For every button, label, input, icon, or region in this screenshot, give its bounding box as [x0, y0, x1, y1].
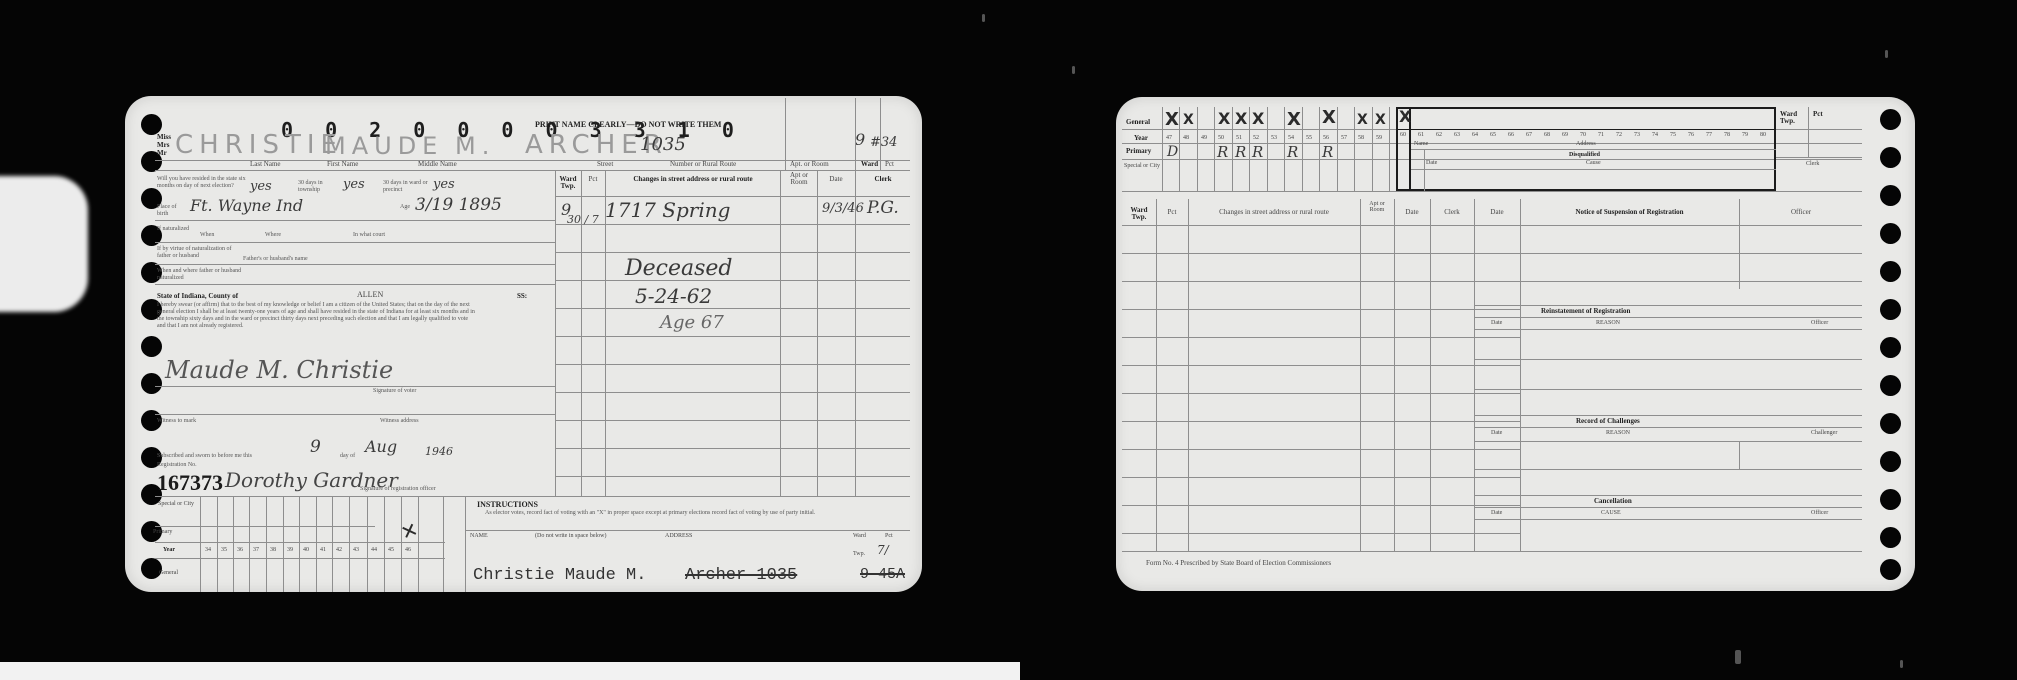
- history-label-general: General: [1126, 119, 1150, 126]
- primary-mark: D: [1167, 145, 1178, 159]
- typed-name: Christie Maude M.: [473, 566, 646, 585]
- witness-label: Witness to mark: [157, 418, 196, 425]
- rule: [1214, 107, 1215, 191]
- year-cell: 51: [1236, 135, 1242, 141]
- punch-hole: [1880, 559, 1901, 580]
- ward-value: 9: [855, 132, 865, 148]
- changes-row-date: 9/3/46: [822, 202, 864, 215]
- middle-initial-value: M.: [455, 134, 495, 158]
- rule: [555, 420, 910, 421]
- rule: [1122, 281, 1862, 282]
- rule: [555, 308, 910, 309]
- year-cell: 34: [205, 547, 211, 553]
- middle-name-label: Middle Name: [418, 161, 457, 168]
- rule: [155, 526, 375, 527]
- rule: [1474, 519, 1862, 520]
- year-cell: 63: [1454, 132, 1460, 138]
- rule: [555, 224, 910, 225]
- suspension-header-date: Date: [1476, 209, 1518, 216]
- rule: [155, 496, 910, 497]
- year-cell: 78: [1724, 132, 1730, 138]
- rule: [1739, 441, 1740, 469]
- rule: [233, 496, 234, 592]
- rule: [332, 496, 333, 592]
- year-cell: 43: [353, 547, 359, 553]
- residence-answer-township: yes: [343, 178, 365, 191]
- primary-mark: R: [1252, 145, 1263, 160]
- ss-label: SS:: [517, 293, 527, 300]
- rule: [1122, 337, 1520, 338]
- year-cell: 38: [270, 547, 276, 553]
- back-changes-header-pct: Pct: [1158, 209, 1186, 216]
- court-label: In what court: [353, 232, 385, 239]
- cancellation-date-label: Date: [1491, 510, 1502, 516]
- rule: [1179, 107, 1180, 191]
- rule: [1197, 107, 1198, 191]
- rule: [1739, 199, 1740, 289]
- rule: [384, 496, 385, 592]
- when-label: When: [200, 232, 214, 239]
- rule: [1360, 199, 1361, 551]
- father-naturalization-label: If by virtue of naturalization of father…: [157, 246, 237, 260]
- back-changes-header-address: Changes in street address or rural route: [1190, 209, 1358, 216]
- back-changes-header-clerk: Clerk: [1432, 209, 1472, 216]
- punch-hole: [1880, 413, 1901, 434]
- changes-header-pct: Pct: [583, 176, 603, 183]
- rule: [155, 220, 555, 221]
- rule: [1122, 253, 1862, 254]
- rule: [785, 98, 786, 170]
- last-name-value: CHRISTIE: [175, 132, 343, 158]
- day-of-label: day of: [340, 453, 355, 460]
- residence-answer-state: yes: [250, 180, 272, 193]
- first-name-label: First Name: [327, 161, 358, 168]
- primary-mark: R: [1322, 145, 1333, 160]
- rule: [1162, 107, 1163, 191]
- residence-question-state: Will you have resided in the state six m…: [157, 176, 247, 190]
- rule: [465, 530, 910, 531]
- voter-signature: Maude M. Christie: [165, 358, 393, 382]
- punch-hole: [1880, 451, 1901, 472]
- rule: [249, 496, 250, 592]
- film-speck: [982, 14, 985, 22]
- rule: [1396, 129, 1776, 130]
- registration-card-front: 0 0 2 0 0 0 0 3 3 1 0 PRINT NAME CLEARLY…: [125, 96, 922, 592]
- rule: [266, 496, 267, 592]
- residence-question-township: 30 days in township: [298, 180, 338, 194]
- vote-mark-x: X: [1322, 109, 1336, 127]
- registration-number: 167373: [157, 470, 223, 496]
- disqualified-date-label: Date: [1426, 160, 1437, 166]
- year-cell: 39: [287, 547, 293, 553]
- rule: [1122, 393, 1520, 394]
- typed-address: Archer 1035: [685, 566, 797, 585]
- rule: [880, 98, 881, 170]
- rule: [555, 448, 910, 449]
- vote-mark-x: X: [1252, 111, 1264, 127]
- changes-row-clerk: P.G.: [867, 200, 899, 217]
- rule: [155, 242, 555, 243]
- instructions-do-not-write: (Do not write in space below): [535, 533, 606, 539]
- pct-label: Pct: [885, 161, 894, 168]
- place-of-birth-value: Ft. Wayne Ind: [190, 198, 303, 214]
- year-cell: 65: [1490, 132, 1496, 138]
- rule: [855, 98, 856, 170]
- rule: [1411, 169, 1776, 170]
- registration-no-label: Registration No.: [157, 462, 197, 469]
- punch-hole: [141, 336, 162, 357]
- rule: [1337, 107, 1338, 191]
- rule: [155, 414, 555, 415]
- punch-hole: [1880, 375, 1901, 396]
- changes-header-address: Changes in street address or rural route: [607, 176, 779, 183]
- reinstatement-officer-label: Officer: [1811, 320, 1828, 326]
- ward-label: Ward: [861, 161, 878, 168]
- changes-header-clerk: Clerk: [857, 176, 909, 183]
- officer-signature-label: Signature of registration officer: [360, 486, 436, 493]
- rule: [1474, 329, 1862, 330]
- rule: [1411, 149, 1776, 150]
- year-cell: 42: [336, 547, 342, 553]
- year-cell: 64: [1472, 132, 1478, 138]
- rule: [1430, 199, 1431, 551]
- rule: [1122, 551, 1862, 552]
- place-of-birth-label: Place of birth: [157, 204, 187, 218]
- rule: [1122, 225, 1862, 226]
- vote-mark-x: X: [1357, 113, 1368, 127]
- rule: [283, 496, 284, 592]
- boxed-name-label: Name: [1414, 141, 1428, 147]
- year-cell: 54: [1288, 135, 1294, 141]
- challenges-reason-label: REASON: [1606, 430, 1630, 436]
- sworn-month-value: Aug: [365, 439, 397, 455]
- history-label-special: Special or City: [1124, 163, 1160, 169]
- back-changes-header-ward: Ward Twp.: [1124, 207, 1154, 221]
- punch-hole: [1880, 261, 1901, 282]
- rule: [1474, 415, 1862, 416]
- rule: [1520, 199, 1521, 551]
- disqualified-label: Disqualified: [1569, 152, 1600, 158]
- back-pct-label: Pct: [1813, 111, 1823, 118]
- oath-text: I hereby swear (or affirm) that to the b…: [157, 302, 475, 330]
- deceased-note: Deceased: [625, 258, 733, 280]
- back-ward-label: Ward Twp.: [1780, 111, 1804, 125]
- changes-header-apt: Apt or Room: [782, 172, 816, 186]
- challenges-date-label: Date: [1491, 430, 1502, 436]
- rule: [155, 386, 555, 387]
- instructions-pct-label: Pct: [885, 533, 893, 539]
- punch-hole: [1880, 109, 1901, 130]
- rule: [1284, 107, 1285, 191]
- cancellation-cause-label: CAUSE: [1601, 510, 1621, 516]
- rule: [1122, 309, 1520, 310]
- rule: [1474, 441, 1862, 442]
- vote-mark-x: X: [1218, 111, 1230, 127]
- film-edge-stripe: [0, 662, 1020, 680]
- rule: [1122, 421, 1520, 422]
- year-cell: 61: [1418, 132, 1424, 138]
- title-mr: Mr: [157, 150, 167, 157]
- primary-mark: R: [1287, 145, 1298, 160]
- year-cell: 74: [1652, 132, 1658, 138]
- challenges-title: Record of Challenges: [1576, 418, 1640, 425]
- back-changes-header-date: Date: [1396, 209, 1428, 216]
- age-value: 3/19 1895: [415, 197, 502, 214]
- sworn-day-value: 9: [310, 439, 321, 456]
- year-cell: 53: [1271, 135, 1277, 141]
- rule: [1122, 477, 1520, 478]
- vote-mark-x: X: [1183, 113, 1194, 127]
- rule: [1267, 107, 1268, 191]
- rule: [1249, 107, 1250, 191]
- rule: [299, 496, 300, 592]
- rule: [1122, 365, 1520, 366]
- rule: [1372, 107, 1373, 191]
- vote-mark-x: X: [1399, 109, 1411, 125]
- rule: [1474, 199, 1475, 551]
- rule: [316, 496, 317, 592]
- year-cell: 77: [1706, 132, 1712, 138]
- rule: [155, 264, 555, 265]
- instructions-address-label: ADDRESS: [665, 533, 692, 539]
- year-cell: 45: [388, 547, 394, 553]
- rule: [1122, 505, 1520, 506]
- reinstatement-date-label: Date: [1491, 320, 1502, 326]
- rule: [155, 284, 555, 285]
- year-cell: 55: [1306, 135, 1312, 141]
- header-notice: PRINT NAME CLEARLY—DO NOT WRITE THEM: [535, 121, 721, 129]
- rule: [1354, 107, 1355, 191]
- rule: [1188, 199, 1189, 551]
- county-value: ALLEN: [357, 291, 383, 299]
- naturalized-label: If naturalized: [157, 226, 189, 233]
- grid-label-primary: Primary: [153, 529, 172, 535]
- year-cell: 37: [253, 547, 259, 553]
- film-speck: [1885, 50, 1888, 58]
- rule: [217, 496, 218, 592]
- state-county-label: State of Indiana, County of: [157, 293, 238, 300]
- rule: [1122, 449, 1520, 450]
- year-cell: 35: [221, 547, 227, 553]
- punch-hole: [1880, 223, 1901, 244]
- rule: [555, 252, 910, 253]
- residence-answer-precinct: yes: [433, 178, 455, 191]
- rule: [1474, 317, 1862, 318]
- grid-label-year: Year: [163, 547, 175, 553]
- rule: [1474, 469, 1862, 470]
- year-cell: 52: [1253, 135, 1259, 141]
- sworn-year-value: 1946: [425, 446, 453, 457]
- rule: [1232, 107, 1233, 191]
- house-number-value: 1035: [640, 136, 686, 154]
- vote-mark-x: X: [1165, 111, 1179, 129]
- history-label-year: Year: [1134, 135, 1148, 142]
- father-naturalized-when-label: When and where father or husband natural…: [157, 268, 247, 282]
- deceased-date: 5-24-62: [635, 286, 712, 306]
- back-clerk-label: Clerk: [1806, 161, 1819, 167]
- punch-hole: [1880, 527, 1901, 548]
- grid-label-special: Special or City: [153, 501, 199, 507]
- year-cell: 58: [1358, 135, 1364, 141]
- cancellation-officer-label: Officer: [1811, 510, 1828, 516]
- residence-question-precinct: 30 days in ward or precinct: [383, 180, 431, 194]
- instructions-title: INSTRUCTIONS: [477, 501, 538, 509]
- rule: [1302, 107, 1303, 191]
- punch-hole: [141, 114, 162, 135]
- punch-hole: [1880, 185, 1901, 206]
- age-label: Age: [400, 204, 410, 211]
- rule: [1394, 199, 1395, 551]
- rule: [1808, 107, 1809, 157]
- instructions-twp-value: 7/: [877, 544, 889, 556]
- year-cell: 67: [1526, 132, 1532, 138]
- where-label: Where: [265, 232, 281, 239]
- suspension-header-notice: Notice of Suspension of Registration: [1522, 209, 1737, 216]
- form-footer: Form No. 4 Prescribed by State Board of …: [1146, 560, 1331, 567]
- instructions-ward-label: Ward: [853, 533, 866, 539]
- rule: [555, 196, 910, 197]
- rule: [1474, 389, 1862, 390]
- rule: [200, 496, 201, 592]
- challenges-challenger-label: Challenger: [1811, 430, 1837, 436]
- year-cell: 60: [1400, 132, 1406, 138]
- rule: [367, 496, 368, 592]
- rule: [1474, 427, 1862, 428]
- year-cell: 49: [1201, 135, 1207, 141]
- changes-row-address: 1717 Spring: [605, 200, 730, 220]
- year-cell: 66: [1508, 132, 1514, 138]
- year-cell: 80: [1760, 132, 1766, 138]
- rule: [555, 336, 910, 337]
- rule: [555, 392, 910, 393]
- year-cell: 69: [1562, 132, 1568, 138]
- number-label: Number or Rural Route: [670, 161, 736, 168]
- year-cell: 57: [1341, 135, 1347, 141]
- deceased-age: Age 67: [660, 314, 724, 332]
- instructions-twp-label: Twp.: [853, 551, 865, 557]
- year-cell: 62: [1436, 132, 1442, 138]
- year-cell: 71: [1598, 132, 1604, 138]
- changes-header-date: Date: [819, 176, 853, 183]
- apt-label: Apt. or Room: [790, 161, 829, 168]
- year-cell: 73: [1634, 132, 1640, 138]
- rule: [555, 476, 910, 477]
- year-cell: 70: [1580, 132, 1586, 138]
- title-miss: Miss: [157, 134, 171, 141]
- punch-hole: [141, 373, 162, 394]
- witness-address-label: Witness address: [380, 418, 419, 425]
- year-cell: 76: [1688, 132, 1694, 138]
- rule: [1122, 533, 1520, 534]
- cancellation-title: Cancellation: [1594, 498, 1632, 505]
- year-cell: 79: [1742, 132, 1748, 138]
- father-name-label: Father's or husband's name: [243, 256, 308, 263]
- street-label: Street: [597, 161, 613, 168]
- year-cell: 68: [1544, 132, 1550, 138]
- rule: [1319, 107, 1320, 191]
- rule: [1474, 507, 1862, 508]
- boxed-address-label: Address: [1576, 141, 1596, 147]
- voter-signature-label: Signature of voter: [373, 388, 416, 395]
- first-name-value: MAUDE: [325, 134, 443, 158]
- subscribed-label: Subscribed and sworn to before me this: [157, 453, 252, 460]
- adjacent-card-edge: [0, 176, 88, 312]
- disqualified-cause-label: Cause: [1586, 160, 1601, 166]
- year-cell: 72: [1616, 132, 1622, 138]
- rule: [401, 496, 402, 592]
- vote-mark-x: X: [1287, 111, 1301, 129]
- registration-card-back: General Year Primary Special or City 47 …: [1116, 97, 1915, 591]
- vote-mark-x: X: [1235, 111, 1247, 127]
- instructions-text: As elector votes, record fact of voting …: [485, 510, 905, 517]
- primary-mark: R: [1217, 145, 1228, 160]
- year-cell: 44: [371, 547, 377, 553]
- instructions-name-label: NAME: [470, 533, 488, 539]
- punch-hole: [1880, 147, 1901, 168]
- last-name-label: Last Name: [250, 161, 281, 168]
- back-changes-header-apt: Apt or Room: [1362, 201, 1392, 213]
- rule: [465, 496, 466, 592]
- punch-hole: [1880, 299, 1901, 320]
- changes-header-ward: Ward Twp.: [557, 176, 579, 190]
- rule: [1776, 157, 1862, 158]
- changes-row-pct: 30 / 7: [567, 214, 599, 225]
- year-cell: 50: [1218, 135, 1224, 141]
- film-speck: [1735, 650, 1741, 664]
- year-cell: 36: [237, 547, 243, 553]
- year-cell: 48: [1183, 135, 1189, 141]
- history-label-primary: Primary: [1126, 148, 1151, 155]
- year-cell: 41: [320, 547, 326, 553]
- title-mrs: Mrs: [157, 142, 169, 149]
- pct-value: #34: [870, 136, 897, 149]
- reinstatement-reason-label: REASON: [1596, 320, 1620, 326]
- film-speck: [1072, 66, 1075, 74]
- rule: [443, 496, 444, 592]
- film-speck: [1900, 660, 1903, 668]
- grid-label-general: General: [159, 570, 178, 576]
- typed-ward-pct: 9 45A: [860, 566, 905, 583]
- rule: [1474, 305, 1862, 306]
- year-cell: 56: [1323, 135, 1329, 141]
- rule: [1122, 191, 1862, 192]
- rule: [1389, 107, 1390, 191]
- year-cell: 47: [1166, 135, 1172, 141]
- year-cell: 40: [303, 547, 309, 553]
- year-cell: 46: [405, 547, 411, 553]
- punch-hole: [1880, 489, 1901, 510]
- reinstatement-title: Reinstatement of Registration: [1541, 308, 1630, 315]
- year-cell: 59: [1376, 135, 1382, 141]
- rule: [349, 496, 350, 592]
- rule: [1474, 495, 1862, 496]
- primary-mark: R: [1235, 145, 1246, 160]
- rule: [1474, 359, 1862, 360]
- punch-hole: [1880, 337, 1901, 358]
- year-cell: 75: [1670, 132, 1676, 138]
- rule: [1424, 149, 1425, 191]
- rule: [418, 496, 419, 592]
- rule: [555, 364, 910, 365]
- rule: [1156, 199, 1157, 551]
- vote-mark-x: X: [1375, 113, 1386, 127]
- suspension-header-officer: Officer: [1741, 209, 1861, 216]
